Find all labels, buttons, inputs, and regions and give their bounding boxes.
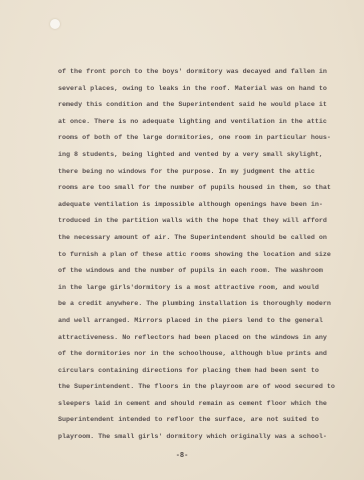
text-line: circulars containing directions for plac… — [58, 363, 348, 380]
text-line: troduced in the partition walls with the… — [58, 213, 348, 230]
text-line: and well arranged. Mirrors placed in the… — [58, 313, 348, 330]
document-page: of the front porch to the boys' dormitor… — [0, 0, 364, 480]
text-line: remedy this condition and the Superinten… — [58, 97, 348, 114]
punch-hole — [50, 19, 60, 29]
text-line: there being no windows for the purpose. … — [58, 164, 348, 181]
typewritten-body: of the front porch to the boys' dormitor… — [58, 64, 348, 446]
text-line: adequate ventilation is impossible altho… — [58, 197, 348, 214]
text-line: the Superintendent. The floors in the pl… — [58, 379, 348, 396]
text-line: to furnish a plan of these attic rooms s… — [58, 247, 348, 264]
text-line: of the windows and the number of pupils … — [58, 263, 348, 280]
text-line: sleepers laid in cement and should remai… — [58, 396, 348, 413]
text-line: Superintendent intended to refloor the s… — [58, 412, 348, 429]
text-line: be a credit anywhere. The plumbing insta… — [58, 296, 348, 313]
text-line: rooms are too small for the number of pu… — [58, 180, 348, 197]
text-line: attractiveness. No reflectors had been p… — [58, 330, 348, 347]
text-line: ing 8 students, being lighted and vented… — [58, 147, 348, 164]
text-line: several places, owing to leaks in the ro… — [58, 81, 348, 98]
text-line: in the large girls'dormitory is a most a… — [58, 280, 348, 297]
text-line: of the dormitories nor in the schoolhous… — [58, 346, 348, 363]
text-line: of the front porch to the boys' dormitor… — [58, 64, 348, 81]
text-line: playroom. The small girls' dormitory whi… — [58, 429, 348, 446]
text-line: rooms of both of the large dormitories, … — [58, 130, 348, 147]
page-number: -8- — [170, 452, 194, 460]
text-line: the necessary amount of air. The Superin… — [58, 230, 348, 247]
text-line: at once. There is no adequate lighting a… — [58, 114, 348, 131]
